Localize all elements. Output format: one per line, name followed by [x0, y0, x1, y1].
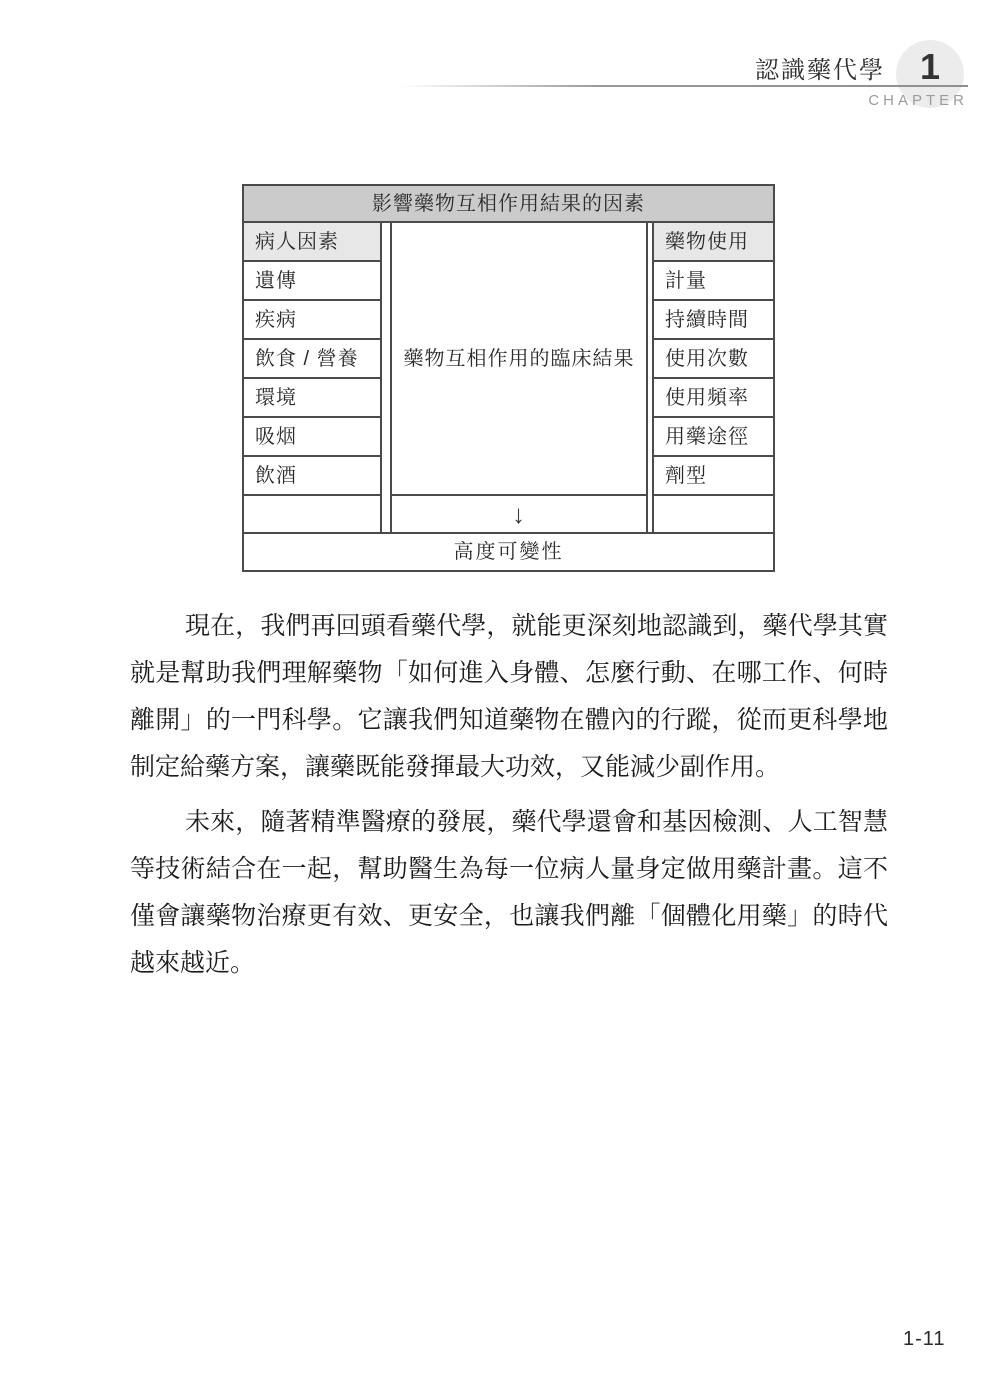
- table-left-item: 環境: [242, 377, 382, 418]
- table-left-item: 飲食 / 營養: [242, 338, 382, 379]
- table-left-item: 遺傳: [242, 260, 382, 301]
- body-text: 現在，我們再回頭看藥代學，就能更深刻地認識到，藥代學其實就是幫助我們理解藥物「如…: [130, 603, 888, 995]
- table-left-header: 病人因素: [242, 221, 382, 262]
- down-arrow-icon: ↓: [390, 494, 648, 534]
- table-right-item: 使用次數: [652, 338, 775, 379]
- figure-table-title: 影響藥物互相作用結果的因素: [242, 184, 775, 223]
- chapter-label: CHAPTER: [868, 92, 968, 109]
- figure-table: 影響藥物互相作用結果的因素 病人因素 遺傳 疾病 飲食 / 營養 環境 吸烟 飲…: [242, 184, 775, 572]
- page-number: 1-11: [903, 1328, 946, 1351]
- header-rule: [400, 85, 968, 87]
- book-page: 認識藥代學 1 CHAPTER 影響藥物互相作用結果的因素 病人因素 遺傳 疾病…: [0, 0, 1000, 1379]
- table-right-item: 持續時間: [652, 299, 775, 340]
- table-right-item: 用藥途徑: [652, 416, 775, 457]
- table-left-item: 吸烟: [242, 416, 382, 457]
- table-empty-cell: [652, 494, 775, 534]
- table-right-item: 計量: [652, 260, 775, 301]
- table-right-header: 藥物使用: [652, 221, 775, 262]
- table-left-item: 飲酒: [242, 455, 382, 496]
- table-left-item: 疾病: [242, 299, 382, 340]
- chapter-title: 認識藥代學: [755, 50, 885, 85]
- table-empty-cell: [242, 494, 382, 534]
- table-center-label: 藥物互相作用的臨床結果: [390, 221, 648, 496]
- table-footer: 高度可變性: [242, 532, 775, 572]
- table-right-item: 劑型: [652, 455, 775, 496]
- chapter-number: 1: [896, 44, 964, 90]
- table-right-item: 使用頻率: [652, 377, 775, 418]
- paragraph: 未來，隨著精準醫療的發展，藥代學還會和基因檢測、人工智慧等技術結合在一起，幫助醫…: [130, 799, 888, 987]
- paragraph: 現在，我們再回頭看藥代學，就能更深刻地認識到，藥代學其實就是幫助我們理解藥物「如…: [130, 603, 888, 791]
